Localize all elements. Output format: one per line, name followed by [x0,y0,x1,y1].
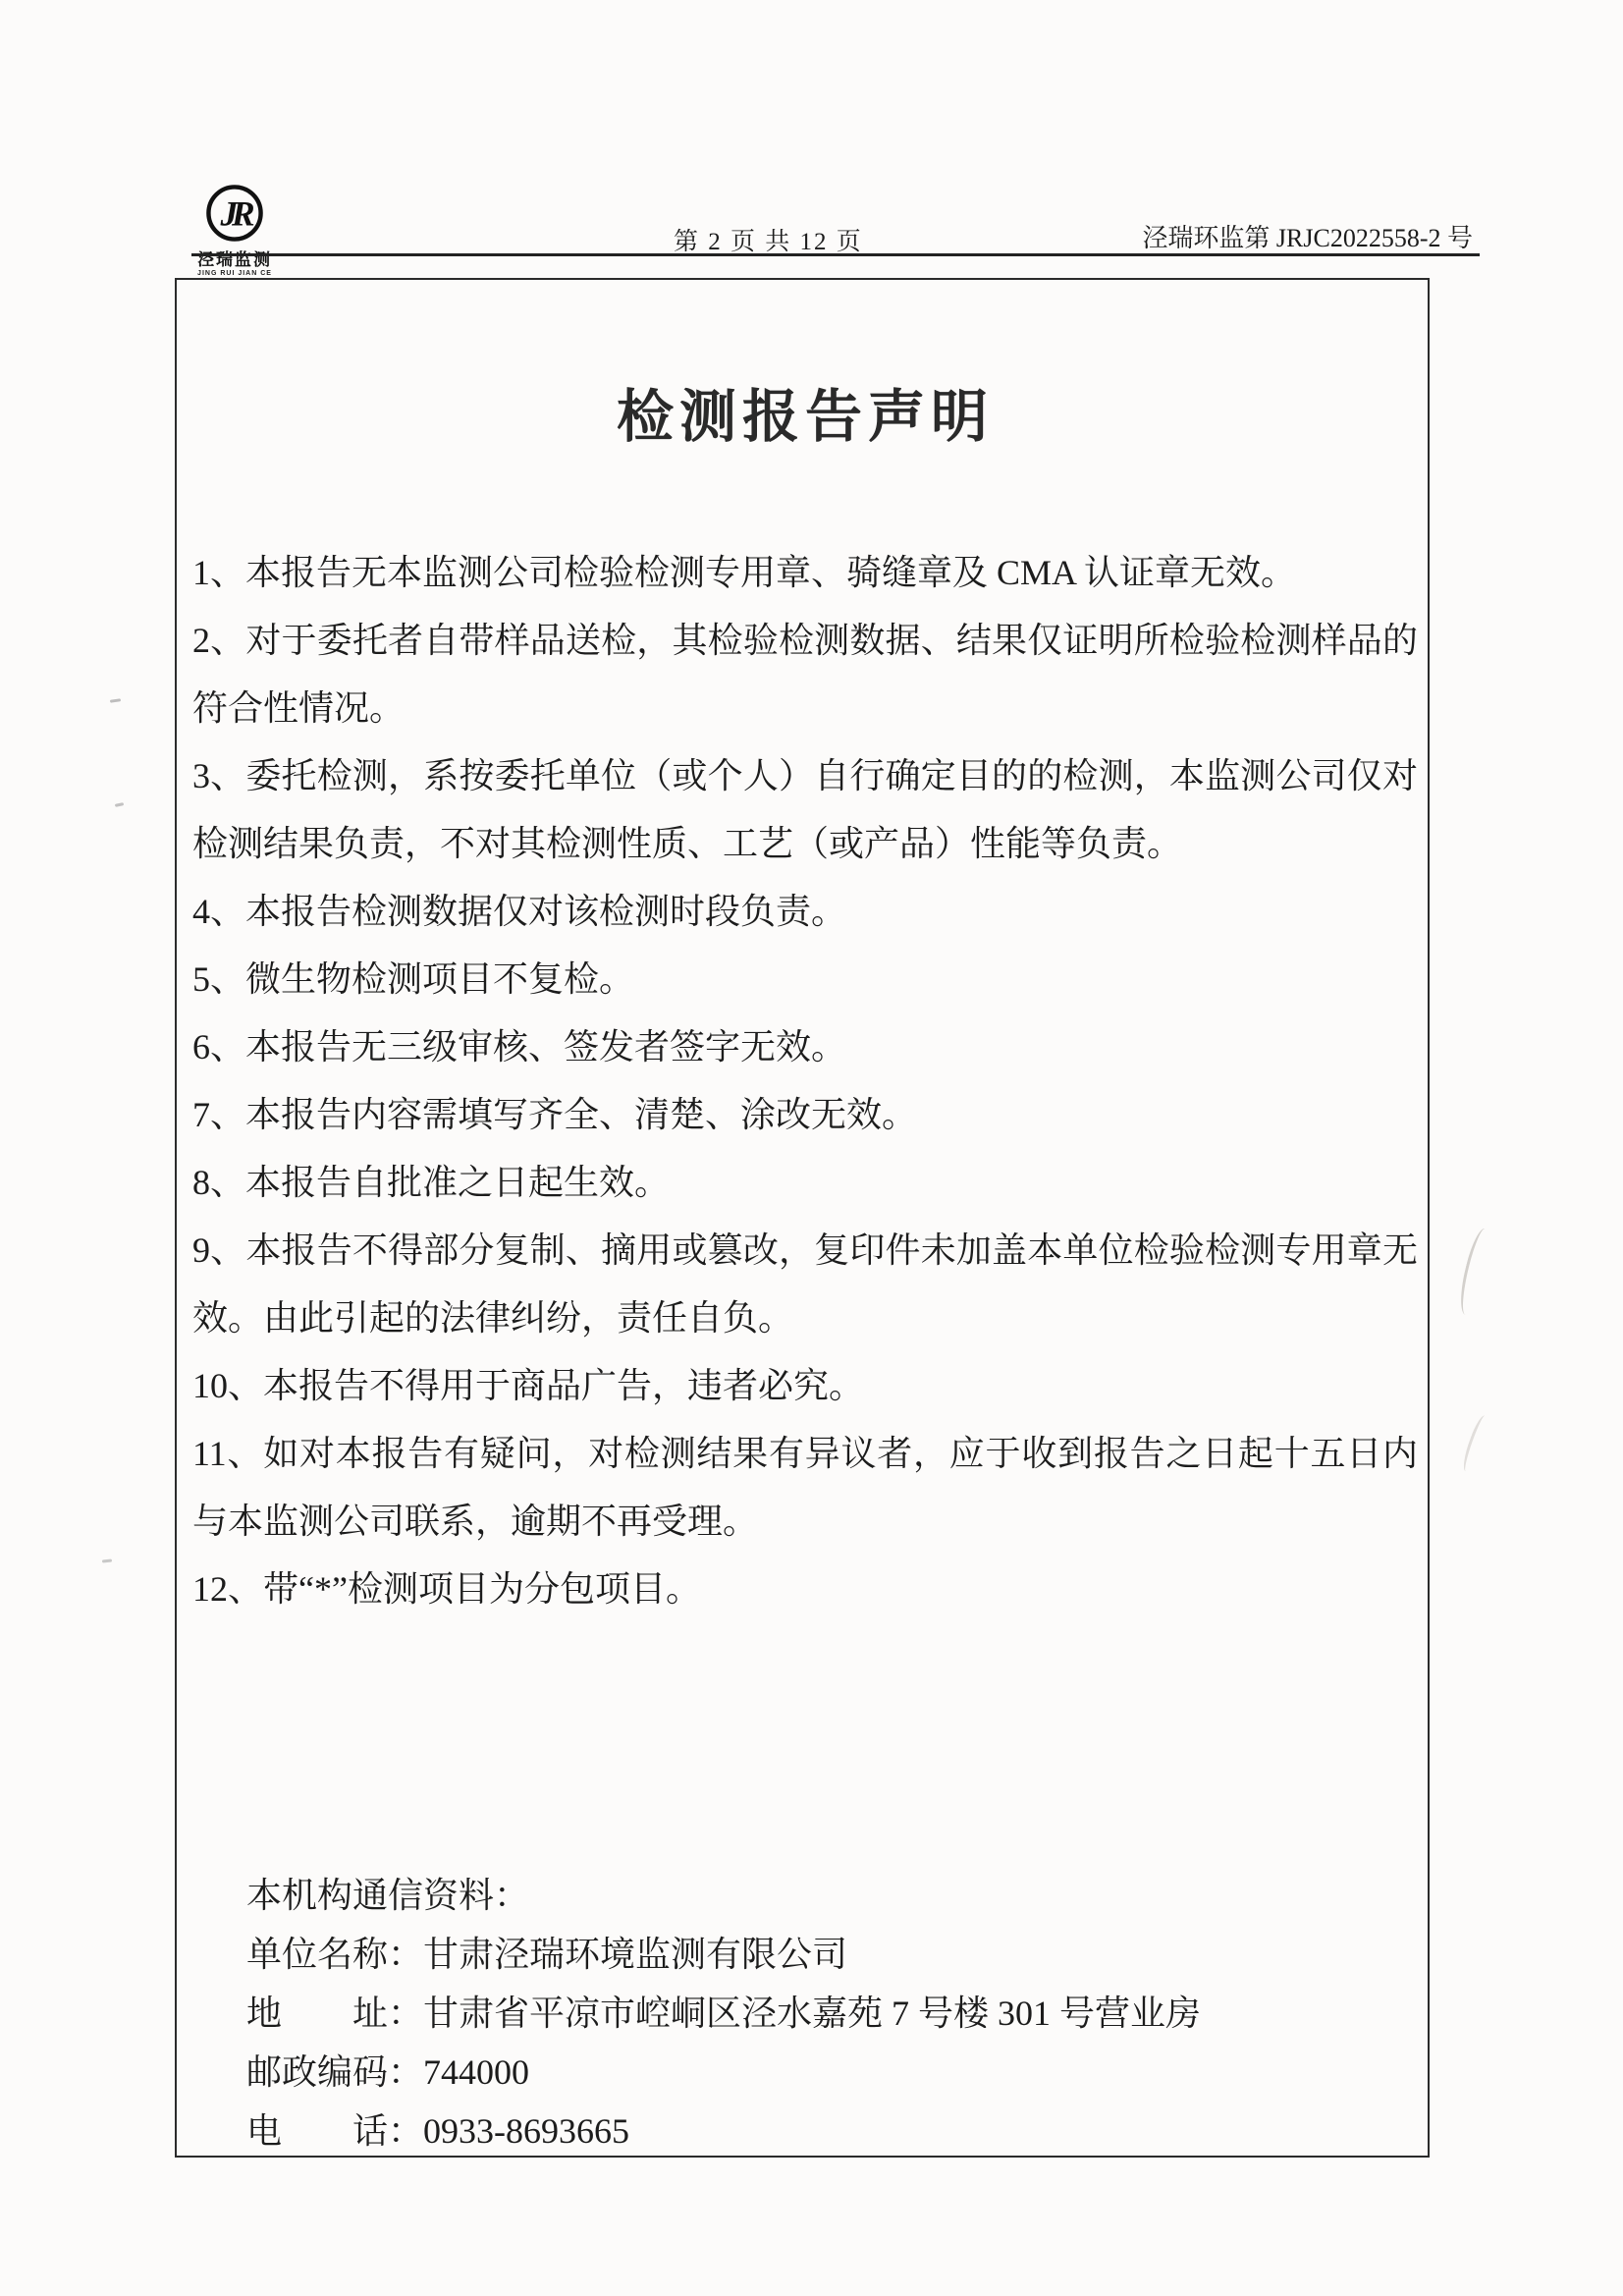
statement-item-4: 4、本报告检测数据仅对该检测时段负责。 [192,878,1418,946]
statement-item-8: 8、本报告自批准之日起生效。 [192,1149,1418,1217]
contact-address: 地 址：甘肃省平凉市崆峒区泾水嘉苑 7 号楼 301 号营业房 [246,1984,1418,2043]
contact-heading: 本机构通信资料： [246,1866,1418,1925]
contact-label: 电 话： [246,2111,423,2151]
logo-pinyin: JING RUI JIAN CE [192,270,277,277]
statement-item-5: 5、微生物检测项目不复检。 [192,946,1418,1013]
contact-postal-code: 邮政编码：744000 [246,2043,1418,2102]
statement-item-7: 7、本报告内容需填写齐全、清楚、涂改无效。 [192,1081,1418,1149]
logo-name: 泾瑞监测 [192,246,277,270]
scan-artifact [1459,1414,1491,1474]
scan-artifact [1454,1227,1495,1317]
statement-item-10: 10、本报告不得用于商品广告，违者必究。 [192,1352,1418,1420]
content-frame: 检测报告声明 1、本报告无本监测公司检验检测专用章、骑缝章及 CMA 认证章无效… [175,278,1430,2158]
jr-logo-icon: JR [204,183,265,244]
contact-label: 地 址： [246,1994,423,2033]
scan-artifact [102,1558,112,1562]
contact-block: 本机构通信资料： 单位名称：甘肃泾瑞环境监测有限公司 地 址：甘肃省平凉市崆峒区… [192,1866,1418,2160]
report-page: JR 泾瑞监测 JING RUI JIAN CE 第 2 页 共 12 页 泾瑞… [0,0,1623,2296]
contact-value: 甘肃泾瑞环境监测有限公司 [423,1935,847,1974]
statement-list: 1、本报告无本监测公司检验检测专用章、骑缝章及 CMA 认证章无效。 2、对于委… [192,539,1418,1623]
statement-item-11: 11、如对本报告有疑问，对检测结果有异议者，应于收到报告之日起十五日内与本监测公… [192,1420,1418,1556]
contact-company-name: 单位名称：甘肃泾瑞环境监测有限公司 [246,1925,1418,1984]
page-number: 第 2 页 共 12 页 [674,222,863,257]
statement-item-2: 2、对于委托者自带样品送检，其检验检测数据、结果仅证明所检验检测样品的符合性情况… [192,607,1418,742]
contact-label: 邮政编码： [246,2052,423,2092]
statement-item-12: 12、带“*”检测项目为分包项目。 [192,1556,1418,1623]
logo-letters: JR [220,193,255,233]
contact-phone: 电 话：0933-8693665 [246,2102,1418,2160]
statement-item-6: 6、本报告无三级审核、签发者签字无效。 [192,1013,1418,1081]
statement-item-1: 1、本报告无本监测公司检验检测专用章、骑缝章及 CMA 认证章无效。 [192,539,1418,607]
company-logo: JR 泾瑞监测 JING RUI JIAN CE [192,183,277,277]
report-number: 泾瑞环监第 JRJC2022558-2 号 [1142,218,1473,254]
contact-value: 0933-8693665 [423,2111,629,2151]
scan-artifact [110,698,121,703]
document-title: 检测报告声明 [192,383,1418,452]
contact-value: 744000 [423,2052,529,2092]
contact-value: 甘肃省平凉市崆峒区泾水嘉苑 7 号楼 301 号营业房 [423,1994,1201,2033]
statement-item-3: 3、委托检测，系按委托单位（或个人）自行确定目的的检测，本监测公司仅对检测结果负… [192,742,1418,878]
header-rule [191,253,1480,256]
statement-item-9: 9、本报告不得部分复制、摘用或篡改，复印件未加盖本单位检验检测专用章无效。由此引… [192,1217,1418,1352]
contact-label: 单位名称： [246,1935,423,1974]
scan-artifact [115,802,124,807]
